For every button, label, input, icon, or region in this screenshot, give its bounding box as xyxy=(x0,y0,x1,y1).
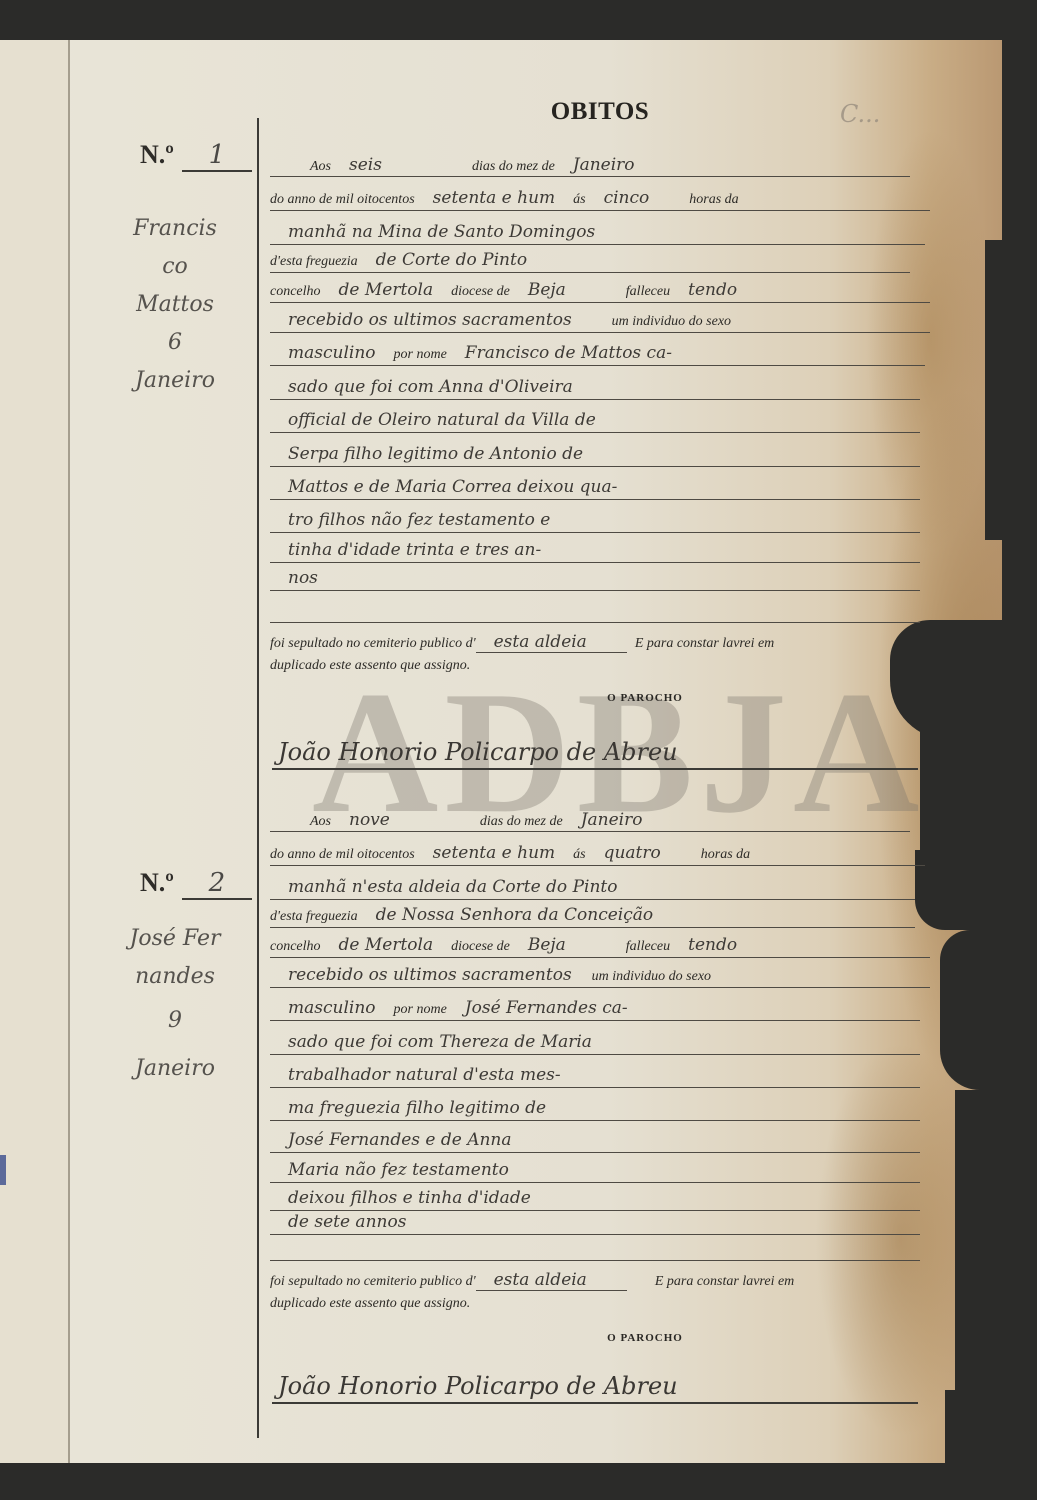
year-line: do anno de mil oitocentossetenta e humás… xyxy=(270,843,925,866)
name-line: masculinopor nomeJosé Fernandes ca- xyxy=(270,998,920,1021)
torn-edge xyxy=(915,850,1037,930)
body-line: ma freguezia filho legitimo de xyxy=(270,1098,920,1121)
margin-annotation: José Fer nandes 9 Janeiro xyxy=(100,920,250,1088)
body-line: José Fernandes e de Anna xyxy=(270,1130,920,1153)
name-line: masculinopor nomeFrancisco de Mattos ca- xyxy=(270,343,925,366)
body-line: official de Oleiro natural da Villa de xyxy=(270,410,920,433)
margin-rule xyxy=(257,118,259,1438)
priest-signature: João Honorio Policarpo de Abreu xyxy=(272,738,918,770)
entry-number: N.º1 xyxy=(140,140,252,172)
torn-edge xyxy=(985,240,1037,540)
body-line: trabalhador natural d'esta mes- xyxy=(270,1065,920,1088)
body-line: Serpa filho legitimo de Antonio de xyxy=(270,444,920,467)
closing-text: duplicado este assento que assigno. xyxy=(270,658,470,674)
date-line: Aosseisdias do mez deJaneiro xyxy=(270,155,910,177)
blank-line xyxy=(270,600,920,623)
signer-title: O PAROCHO xyxy=(560,692,730,704)
entry-number: N.º2 xyxy=(140,868,252,900)
blank-line xyxy=(270,1238,920,1261)
priest-signature: João Honorio Policarpo de Abreu xyxy=(272,1372,918,1404)
burial-line: foi sepultado no cemiterio publico d'est… xyxy=(270,1270,930,1292)
signer-title: O PAROCHO xyxy=(560,1332,730,1344)
body-line: Maria não fez testamento xyxy=(270,1160,920,1183)
corner-note: C... xyxy=(840,100,880,128)
body-line: Mattos e de Maria Correa deixou qua- xyxy=(270,477,920,500)
body-line: tinha d'idade trinta e tres an- xyxy=(270,540,920,563)
closing-text: duplicado este assento que assigno. xyxy=(270,1296,470,1312)
page-title: OBITOS xyxy=(551,98,649,125)
body-line: sado que foi com Anna d'Oliveira xyxy=(270,377,920,400)
body-line: deixou filhos e tinha d'idade xyxy=(270,1188,920,1211)
ink-mark xyxy=(0,1155,6,1185)
date-line: Aosnovedias do mez deJaneiro xyxy=(270,810,910,832)
torn-edge xyxy=(945,1390,1037,1463)
body-line: sado que foi com Thereza de Maria xyxy=(270,1032,920,1055)
parish-line: d'esta fregueziade Corte do Pinto xyxy=(270,250,910,273)
torn-edge xyxy=(955,1090,1037,1390)
torn-edge xyxy=(940,930,1037,1090)
margin-annotation: Francis co Mattos 6 Janeiro xyxy=(100,210,250,400)
entry-number-value: 1 xyxy=(182,140,252,172)
municipality-line: concelhode Mertoladiocese deBejafalleceu… xyxy=(270,935,930,958)
parish-line: d'esta fregueziade Nossa Senhora da Conc… xyxy=(270,905,915,928)
burial-line: foi sepultado no cemiterio publico d'est… xyxy=(270,632,910,654)
facing-page-strip xyxy=(0,40,70,1463)
place-line: manhã n'esta aldeia da Corte do Pinto xyxy=(270,877,915,900)
entry-number-value: 2 xyxy=(182,868,252,900)
sacrament-line: recebido os ultimos sacramentosum indivi… xyxy=(270,310,930,333)
body-line: de sete annos xyxy=(270,1212,920,1235)
year-line: do anno de mil oitocentossetenta e humás… xyxy=(270,188,930,211)
body-line: tro filhos não fez testamento e xyxy=(270,510,920,533)
torn-edge xyxy=(920,730,1037,850)
municipality-line: concelhode Mertoladiocese deBejafalleceu… xyxy=(270,280,930,303)
place-line: manhã na Mina de Santo Domingos xyxy=(270,222,925,245)
body-line: nos xyxy=(270,568,920,591)
sacrament-line: recebido os ultimos sacramentosum indivi… xyxy=(270,965,930,988)
